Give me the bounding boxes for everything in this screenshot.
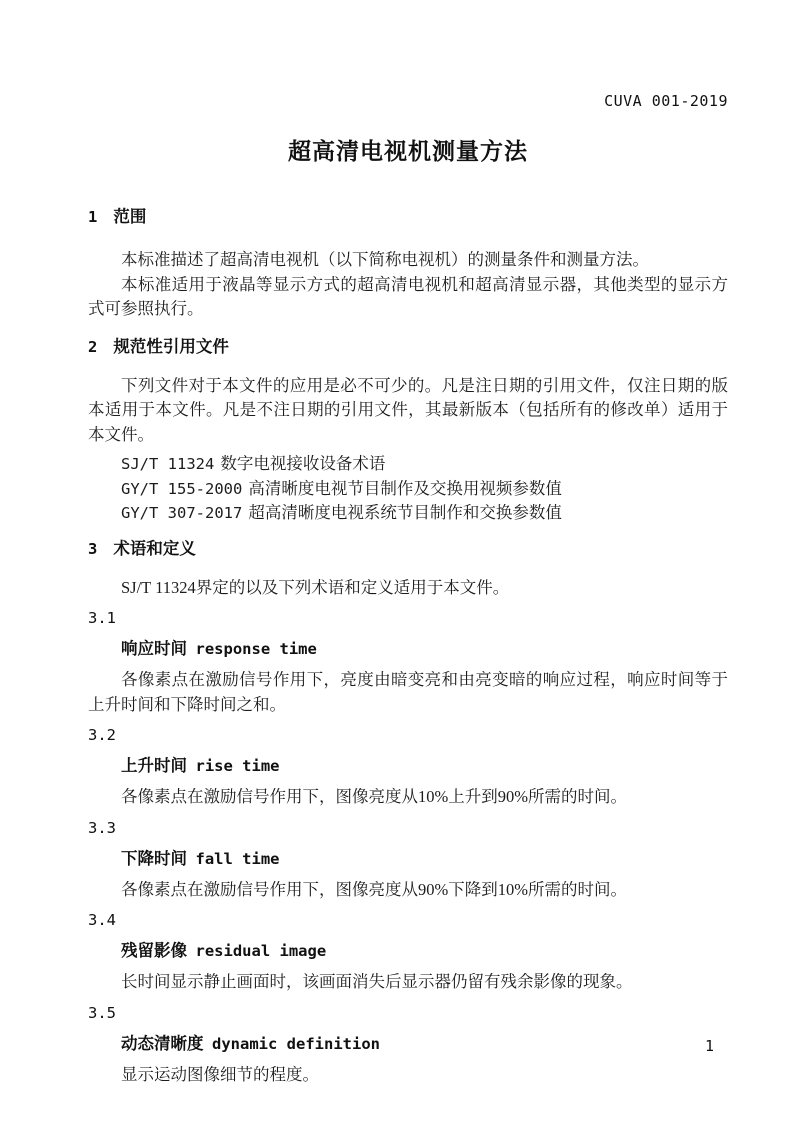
term-definition: 长时间显示静止画面时，该画面消失后显示器仍留有残余影像的现象。	[88, 970, 728, 995]
reference-item: GY/T 155-2000高清晰度电视节目制作及交换用视频参数值	[121, 477, 728, 502]
term-zh: 响应时间	[121, 640, 187, 658]
reference-list: SJ/T 11324数字电视接收设备术语 GY/T 155-2000高清晰度电视…	[88, 452, 728, 526]
references-intro: 下列文件对于本文件的应用是必不可少的。凡是注日期的引用文件，仅注日期的版本适用于…	[88, 374, 728, 448]
term-heading: 上升时间rise time	[121, 755, 728, 777]
clause-title: 规范性引用文件	[113, 338, 229, 356]
clause-title: 范围	[113, 208, 146, 226]
term-heading: 残留影像residual image	[121, 940, 728, 962]
term-zh: 动态清晰度	[121, 1035, 204, 1053]
reference-title: 数字电视接收设备术语	[220, 454, 385, 473]
terms-intro: SJ/T 11324界定的以及下列术语和定义适用于本文件。	[88, 576, 728, 601]
term-zh: 下降时间	[121, 850, 187, 868]
reference-item: GY/T 307-2017超高清晰度电视系统节目制作和交换参数值	[121, 501, 728, 526]
term-number: 3.5	[88, 1004, 728, 1022]
document-page: CUVA 001-2019 超高清电视机测量方法 1范围 本标准描述了超高清电视…	[0, 0, 800, 1131]
document-title: 超高清电视机测量方法	[88, 136, 728, 166]
scope-paragraphs: 本标准描述了超高清电视机（以下简称电视机）的测量条件和测量方法。 本标准适用于液…	[88, 248, 728, 322]
term-en: fall time	[196, 850, 280, 868]
reference-title: 高清晰度电视节目制作及交换用视频参数值	[248, 479, 562, 498]
page-content: CUVA 001-2019 超高清电视机测量方法 1范围 本标准描述了超高清电视…	[0, 0, 800, 1087]
reference-item: SJ/T 11324数字电视接收设备术语	[121, 452, 728, 477]
section-references-heading: 2规范性引用文件	[88, 336, 728, 358]
reference-title: 超高清晰度电视系统节目制作和交换参数值	[248, 503, 562, 522]
section-scope-heading: 1范围	[88, 206, 728, 228]
clause-number: 3	[88, 540, 97, 558]
clause-number: 2	[88, 338, 97, 356]
term-definition: 各像素点在激励信号作用下，图像亮度从10%上升到90%所需的时间。	[88, 785, 728, 810]
reference-code: GY/T 307-2017	[121, 504, 242, 522]
page-number: 1	[705, 1037, 714, 1055]
section-terms-heading: 3术语和定义	[88, 538, 728, 560]
term-zh: 上升时间	[121, 757, 187, 775]
clause-number: 1	[88, 208, 97, 226]
term-en: rise time	[196, 757, 280, 775]
doc-number: CUVA 001-2019	[88, 92, 728, 110]
term-en: residual image	[196, 942, 327, 960]
term-en: dynamic definition	[212, 1035, 380, 1053]
term-definition: 各像素点在激励信号作用下，图像亮度从90%下降到10%所需的时间。	[88, 878, 728, 903]
term-number: 3.1	[88, 609, 728, 627]
term-definition: 显示运动图像细节的程度。	[88, 1063, 728, 1088]
reference-code: SJ/T 11324	[121, 455, 214, 473]
term-heading: 动态清晰度dynamic definition	[121, 1033, 728, 1055]
clause-title: 术语和定义	[113, 540, 196, 558]
paragraph: 本标准描述了超高清电视机（以下简称电视机）的测量条件和测量方法。	[88, 248, 728, 273]
term-en: response time	[196, 640, 317, 658]
term-zh: 残留影像	[121, 942, 187, 960]
reference-code: GY/T 155-2000	[121, 480, 242, 498]
paragraph: 本标准适用于液晶等显示方式的超高清电视机和超高清显示器，其他类型的显示方式可参照…	[88, 273, 728, 322]
term-number: 3.4	[88, 911, 728, 929]
term-heading: 下降时间fall time	[121, 848, 728, 870]
term-number: 3.2	[88, 726, 728, 744]
term-definition: 各像素点在激励信号作用下，亮度由暗变亮和由亮变暗的响应过程，响应时间等于上升时间…	[88, 668, 728, 717]
term-heading: 响应时间response time	[121, 638, 728, 660]
term-number: 3.3	[88, 819, 728, 837]
